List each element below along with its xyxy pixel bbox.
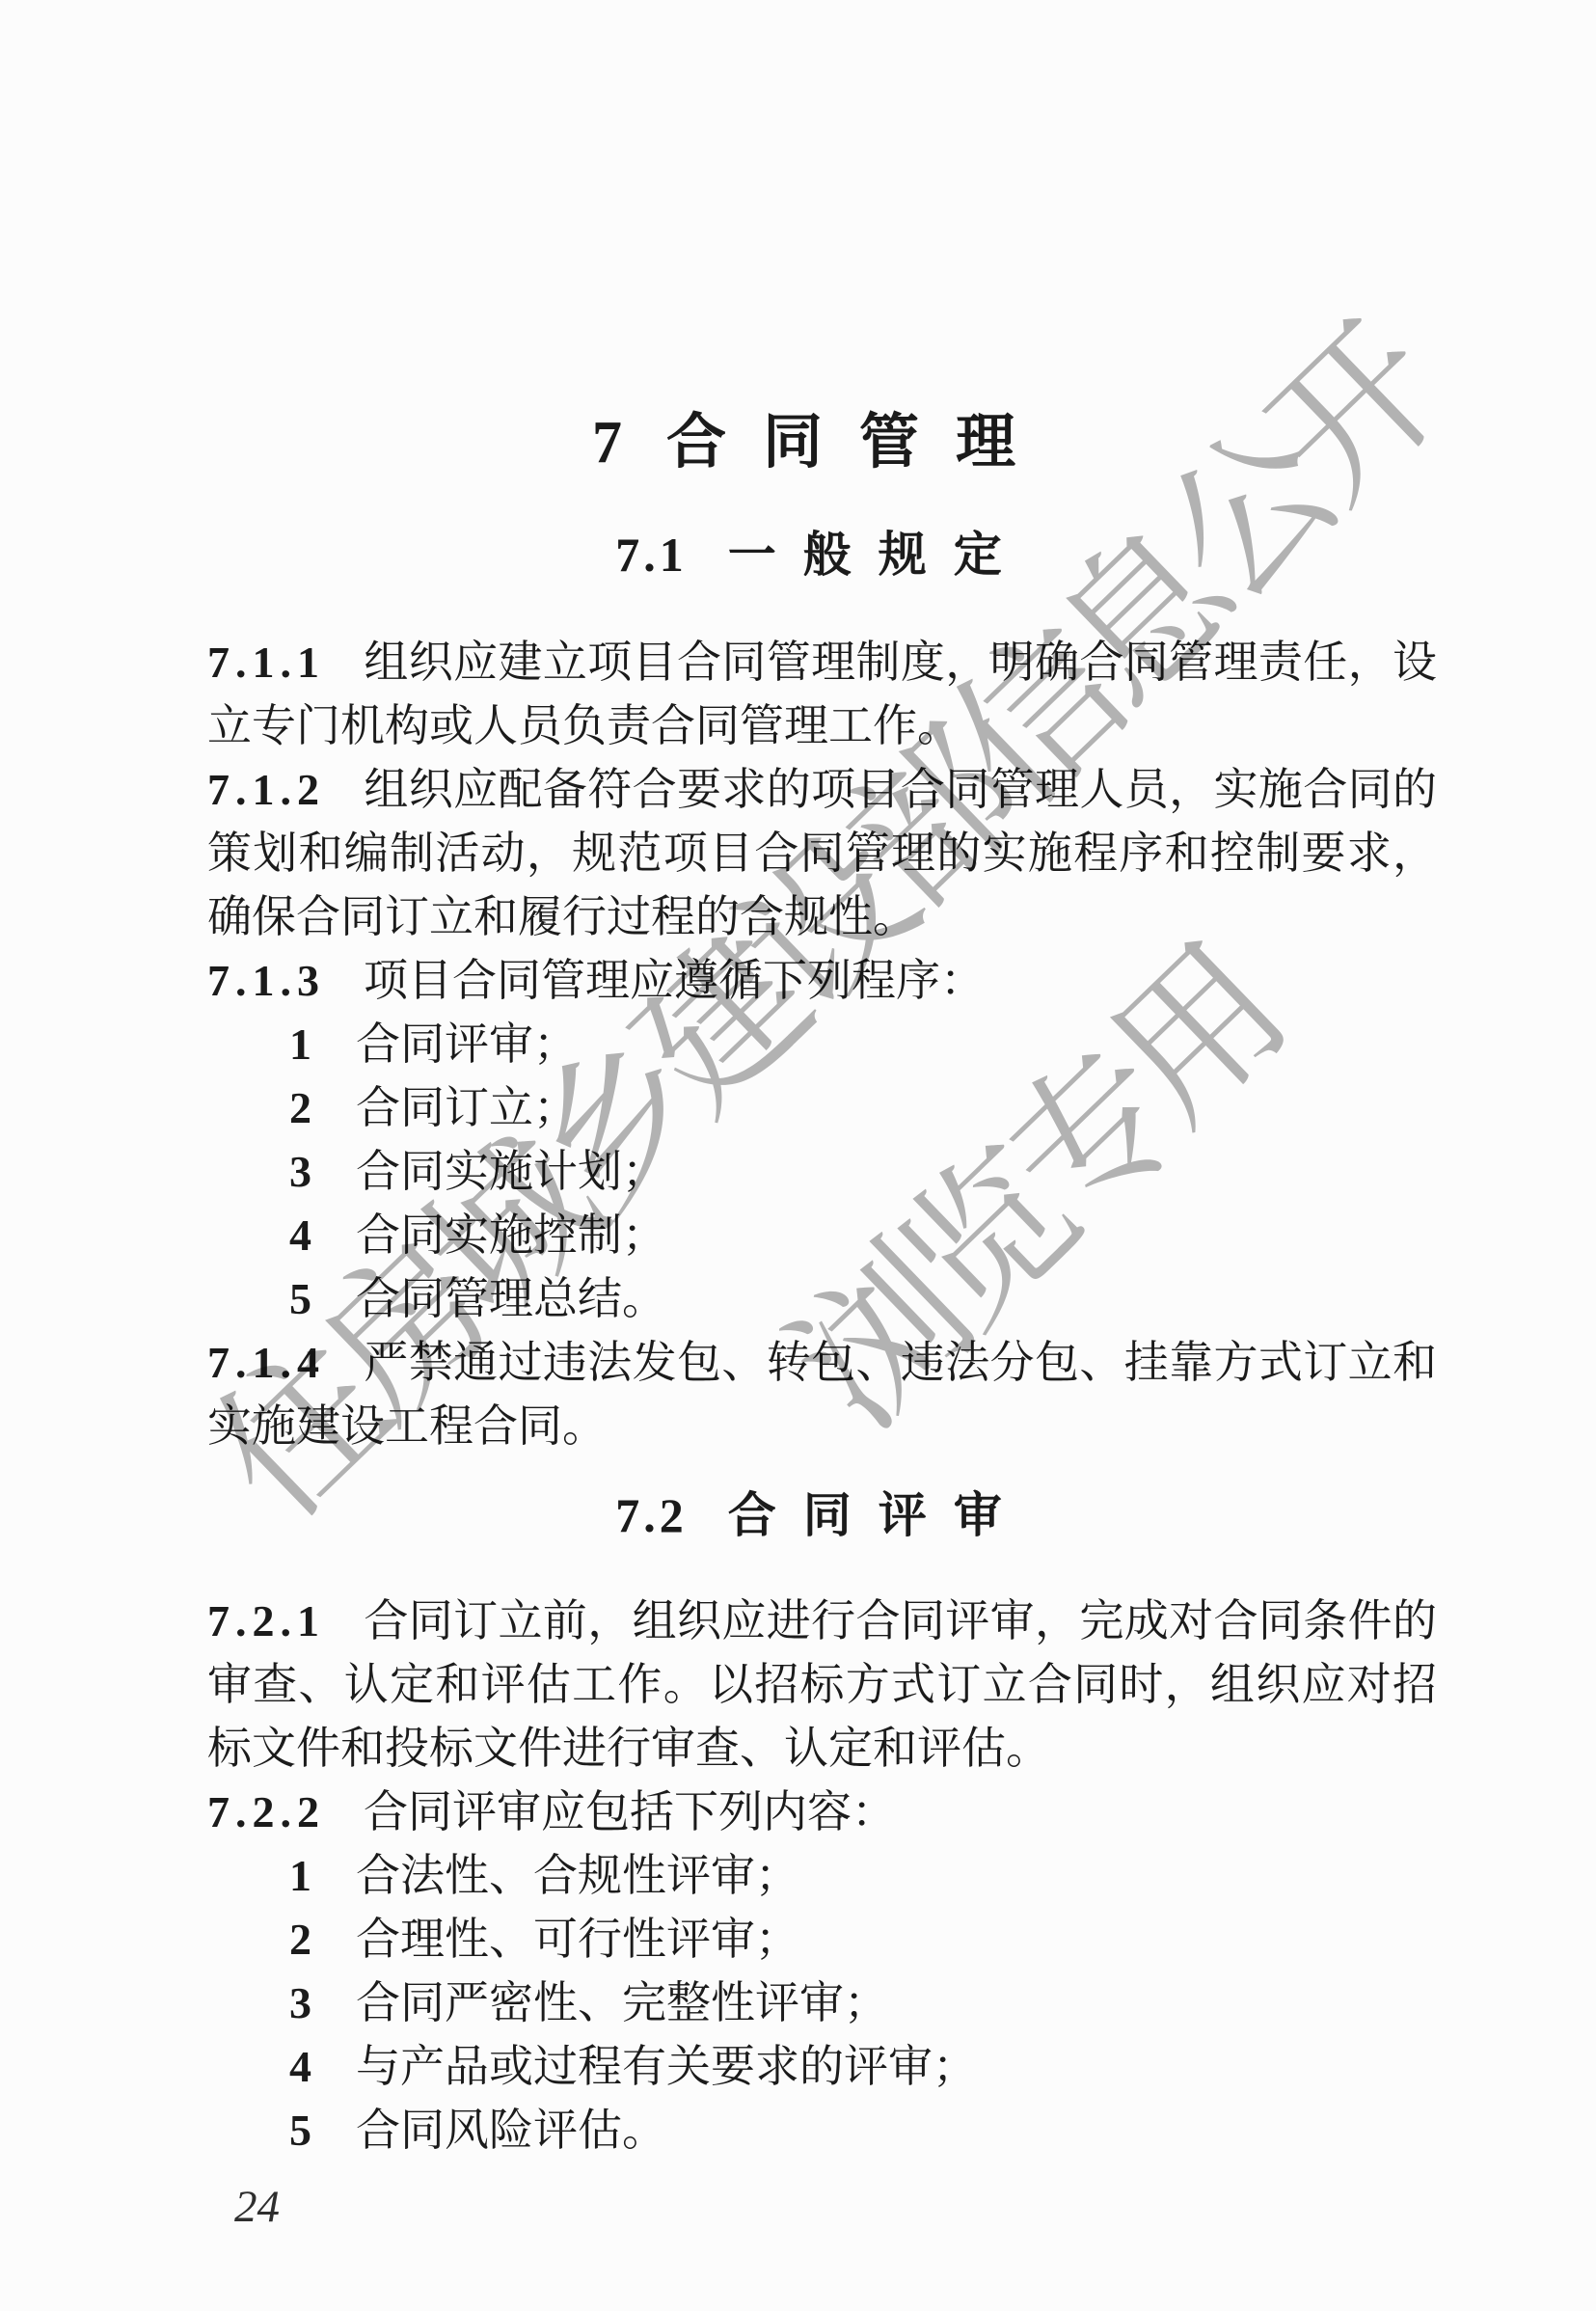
- item-text: 合同管理总结。: [356, 1274, 666, 1323]
- clause-number: 7.1.1: [207, 638, 325, 687]
- item-text: 合理性、可行性评审；: [356, 1915, 799, 1964]
- list-item: 2合理性、可行性评审；: [207, 1908, 1437, 1971]
- item-number: 3: [289, 1147, 311, 1196]
- item-text: 合同评审；: [356, 1020, 578, 1069]
- clause-text: 项目合同管理应遵循下列程序：: [364, 956, 985, 1005]
- chapter-number: 7: [592, 410, 622, 476]
- item-number: 3: [289, 1978, 311, 2027]
- clause-7-1-4: 7.1.4严禁通过违法发包、转包、违法分包、挂靠方式订立和实施建设工程合同。: [207, 1331, 1437, 1458]
- item-number: 5: [289, 2106, 311, 2155]
- item-text: 合同实施计划；: [356, 1147, 666, 1196]
- clause-7-1-2: 7.1.2组织应配备符合要求的项目合同管理人员，实施合同的策划和编制活动，规范项…: [207, 758, 1437, 949]
- clause-number: 7.2.1: [207, 1596, 325, 1645]
- item-text: 合同订立；: [356, 1083, 578, 1132]
- list-item: 5合同管理总结。: [207, 1267, 1437, 1331]
- clause-text: 合同评审应包括下列内容：: [364, 1787, 896, 1836]
- item-number: 4: [289, 1210, 311, 1260]
- procedure-list: 1合同评审； 2合同订立； 3合同实施计划； 4合同实施控制； 5合同管理总结。: [207, 1013, 1437, 1331]
- page-number: 24: [234, 2182, 280, 2232]
- chapter-title: 7合同管理: [207, 409, 1437, 476]
- clause-text: 组织应配备符合要求的项目合同管理人员，实施合同的策划和编制活动，规范项目合同管理…: [207, 765, 1437, 941]
- item-text: 合同实施控制；: [356, 1210, 666, 1260]
- list-item: 1合法性、合规性评审；: [207, 1844, 1437, 1908]
- item-text: 与产品或过程有关要求的评审；: [356, 2042, 977, 2091]
- item-text: 合同严密性、完整性评审；: [356, 1978, 888, 2027]
- item-text: 合同风险评估。: [356, 2106, 666, 2155]
- list-item: 1合同评审；: [207, 1013, 1437, 1076]
- list-item: 4合同实施控制；: [207, 1204, 1437, 1267]
- item-number: 2: [289, 1915, 311, 1964]
- section-number: 7.2: [615, 1488, 688, 1542]
- clause-number: 7.1.4: [207, 1338, 325, 1387]
- review-content-list: 1合法性、合规性评审； 2合理性、可行性评审； 3合同严密性、完整性评审； 4与…: [207, 1844, 1437, 2162]
- section-heading-7-2: 7.2合同评审: [207, 1483, 1437, 1547]
- section-name: 一般规定: [728, 528, 1029, 582]
- item-number: 1: [289, 1851, 311, 1900]
- clause-text: 组织应建立项目合同管理制度，明确合同管理责任，设立专门机构或人员负责合同管理工作…: [207, 638, 1437, 750]
- list-item: 3合同严密性、完整性评审；: [207, 1971, 1437, 2035]
- chapter-name: 合同管理: [666, 410, 1052, 476]
- section-number: 7.1: [615, 528, 688, 582]
- item-number: 1: [289, 1020, 311, 1069]
- clause-text: 合同订立前，组织应进行合同评审，完成对合同条件的审查、认定和评估工作。以招标方式…: [207, 1596, 1437, 1773]
- list-item: 2合同订立；: [207, 1076, 1437, 1140]
- text-block: 7合同管理 7.1一般规定 7.1.1组织应建立项目合同管理制度，明确合同管理责…: [207, 0, 1437, 2162]
- clause-number: 7.1.3: [207, 956, 325, 1005]
- item-text: 合法性、合规性评审；: [356, 1851, 799, 1900]
- section-heading-7-1: 7.1一般规定: [207, 523, 1437, 586]
- clause-number: 7.1.2: [207, 765, 325, 814]
- clause-7-2-1: 7.2.1合同订立前，组织应进行合同评审，完成对合同条件的审查、认定和评估工作。…: [207, 1590, 1437, 1781]
- item-number: 4: [289, 2042, 311, 2091]
- list-item: 5合同风险评估。: [207, 2099, 1437, 2162]
- list-item: 4与产品或过程有关要求的评审；: [207, 2035, 1437, 2099]
- clause-7-2-2: 7.2.2合同评审应包括下列内容：: [207, 1781, 1437, 1844]
- clause-number: 7.2.2: [207, 1787, 325, 1836]
- section-name: 合同评审: [728, 1488, 1029, 1542]
- item-number: 5: [289, 1274, 311, 1323]
- document-page: 7合同管理 7.1一般规定 7.1.1组织应建立项目合同管理制度，明确合同管理责…: [0, 0, 1596, 2311]
- clause-7-1-1: 7.1.1组织应建立项目合同管理制度，明确合同管理责任，设立专门机构或人员负责合…: [207, 631, 1437, 758]
- clause-7-1-3: 7.1.3项目合同管理应遵循下列程序：: [207, 949, 1437, 1013]
- item-number: 2: [289, 1083, 311, 1132]
- clause-text: 严禁通过违法发包、转包、违法分包、挂靠方式订立和实施建设工程合同。: [207, 1338, 1437, 1451]
- list-item: 3合同实施计划；: [207, 1140, 1437, 1204]
